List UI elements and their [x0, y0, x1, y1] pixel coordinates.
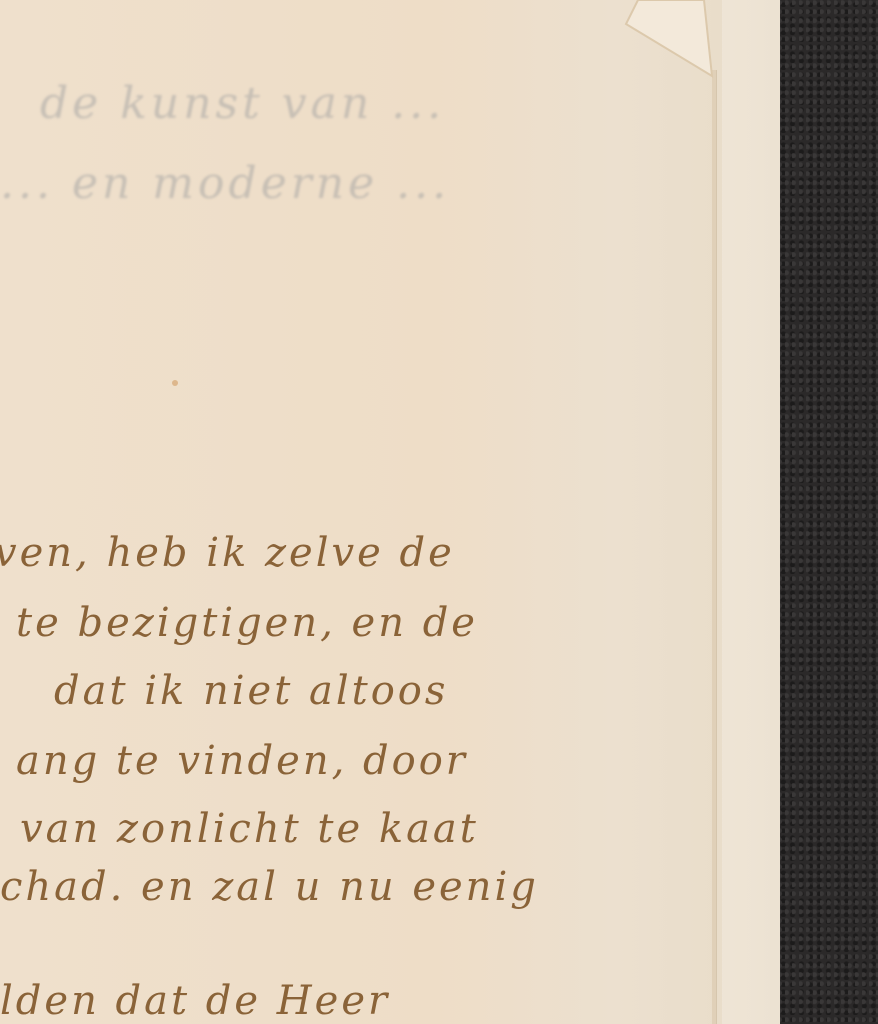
handwriting-line-6: chad. en zal u nu eenig [0, 864, 539, 910]
handwriting-line-7: lden dat de Heer [0, 978, 390, 1024]
paper-spot [172, 380, 178, 386]
dark-backdrop [778, 0, 878, 1024]
show-through-line-2: ... en moderne ... [0, 158, 450, 209]
handwriting-line-2: te bezigtigen, en de [16, 600, 478, 646]
page-edge [712, 70, 716, 1024]
handwriting-line-3: dat ik niet altoos [54, 668, 448, 714]
handwriting-line-1: ven, heb ik zelve de [0, 530, 455, 576]
folded-corner-icon [624, 0, 714, 78]
handwriting-line-5: van zonlicht te kaat [20, 806, 479, 852]
underlying-sheet [712, 0, 780, 1024]
show-through-line-1: de kunst van ... [40, 78, 445, 129]
handwriting-line-4: ang te vinden, door [16, 738, 468, 784]
